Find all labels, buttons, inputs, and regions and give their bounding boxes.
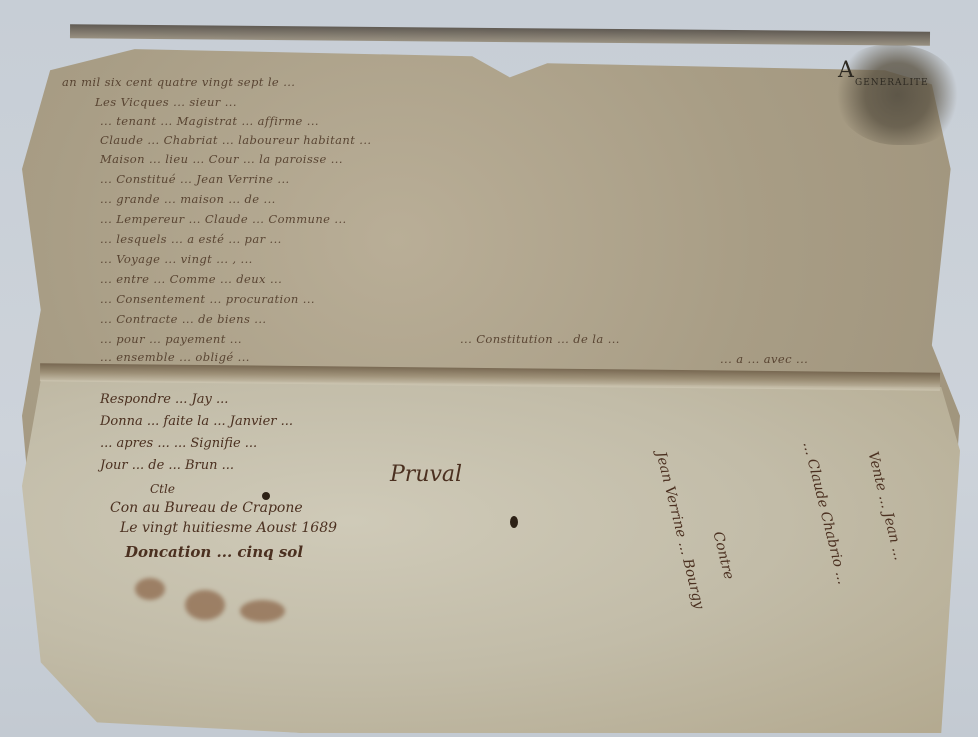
seal-letter: A xyxy=(838,58,854,83)
ink-spot xyxy=(262,492,270,500)
ink-stain xyxy=(135,578,165,600)
text-line: ... tenant ... Magistrat ... affirme ... xyxy=(100,114,319,128)
text-line: Claude ... Chabriat ... laboureur habita… xyxy=(100,133,371,147)
text-line: ... grande ... maison ... de ... xyxy=(100,192,276,206)
seal-label: GENERALITE xyxy=(855,78,929,88)
text-line: ... entre ... Comme ... deux ... xyxy=(100,272,282,286)
text-line: ... Consentement ... procuration ... xyxy=(100,292,315,306)
text-line: ... lesquels ... a esté ... par ... xyxy=(100,232,282,246)
text-line: ... apres ... ... Signifie ... xyxy=(100,436,257,451)
text-line: ... Lempereur ... Claude ... Commune ... xyxy=(100,212,347,226)
registration-note: Con au Bureau de Crapone xyxy=(110,500,303,516)
text-line: ... pour ... payement ... xyxy=(100,332,242,346)
text-line: ... a ... avec ... xyxy=(720,352,808,366)
ink-stain xyxy=(240,600,285,622)
text-line: ... ensemble ... obligé ... xyxy=(100,350,250,364)
text-line: Donna ... faite la ... Janvier ... xyxy=(100,414,293,429)
signature: Pruval xyxy=(390,462,462,487)
text-line: ... Voyage ... vingt ... , ... xyxy=(100,252,253,266)
text-line: Maison ... lieu ... Cour ... la paroisse… xyxy=(100,152,343,166)
text-line: Les Vicques ... sieur ... xyxy=(95,95,237,109)
text-line: an mil six cent quatre vingt sept le ... xyxy=(62,75,295,89)
text-line: ... Constitution ... de la ... xyxy=(460,332,620,346)
registration-note: Doncation ... cinq sol xyxy=(125,543,303,561)
text-line: Jour ... de ... Brun ... xyxy=(100,458,234,473)
ink-stain xyxy=(185,590,225,620)
registration-note: Ctle xyxy=(150,482,175,496)
text-line: Respondre ... Jay ... xyxy=(100,392,228,407)
text-line: ... Constitué ... Jean Verrine ... xyxy=(100,172,290,186)
registration-note: Le vingt huitiesme Aoust 1689 xyxy=(120,520,337,536)
text-line: ... Contracte ... de biens ... xyxy=(100,312,266,326)
ink-spot xyxy=(510,516,518,528)
